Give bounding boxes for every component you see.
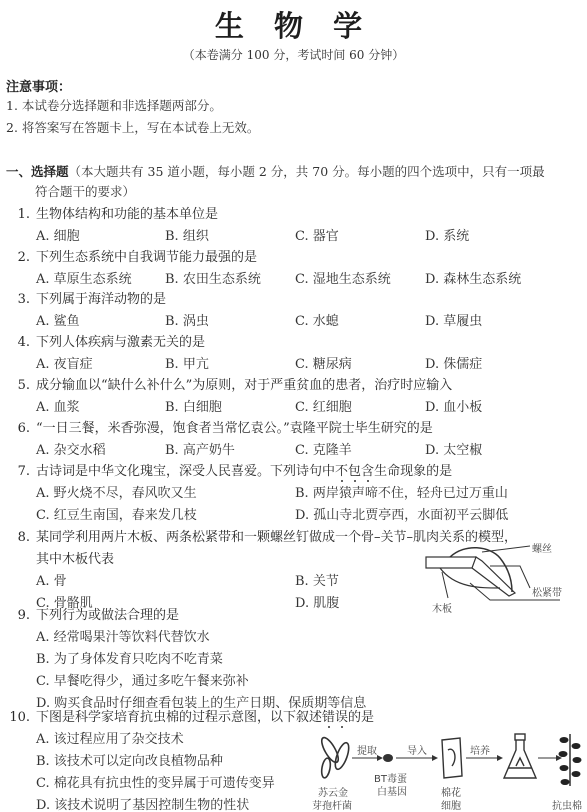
- option: B. 白细胞: [165, 396, 222, 415]
- option: C. 棉花具有抗虫性的变异属于可遗传变异: [36, 772, 275, 791]
- question-stem: 7.古诗词是中华文化瑰宝，深受人民喜爱。下列诗句中不包含生命现象的是: [4, 460, 452, 479]
- option: D. 侏儒症: [425, 353, 482, 372]
- option: B. 涡虫: [165, 310, 209, 329]
- section-instructions-cont: 符合题干的要求）: [35, 182, 135, 200]
- question-stem: 9.下列行为或做法合理的是: [4, 604, 179, 623]
- option: A. 野火烧不尽，春风吹又生: [36, 482, 197, 501]
- option: A. 鲨鱼: [36, 310, 80, 329]
- question-stem: 6.“一日三餐，米香弥漫，饱食者当常忆袁公。”袁隆平院士毕生研究的是: [4, 417, 433, 436]
- option: A. 经常喝果汁等饮料代替饮水: [36, 626, 210, 645]
- question-stem: 5.成分输血以“缺什么补什么”为原则，对于严重贫血的患者，治疗时应输入: [4, 374, 452, 393]
- bt-cotton-process-diagram: 提取 导入 培养 BT毒蛋 白基因 苏云金 芽孢杆菌 棉花 细胞 抗虫棉: [312, 728, 587, 812]
- question-stem: 2.下列生态系统中自我调节能力最强的是: [4, 246, 257, 265]
- option: D. 森林生态系统: [425, 268, 521, 287]
- option: C. 器官: [295, 225, 339, 244]
- option: B. 甲亢: [165, 353, 209, 372]
- option: D. 系统: [425, 225, 469, 244]
- option: B. 关节: [295, 570, 339, 589]
- emphasis-char: 错: [322, 710, 335, 725]
- label-result: 抗虫棉: [552, 797, 582, 812]
- option: D. 太空椒: [425, 439, 482, 458]
- note-item: 2. 将答案写在答题卡上，写在本试卷上无效。: [6, 118, 259, 136]
- option: B. 该技术可以定向改良植物品种: [36, 750, 223, 769]
- option: A. 杂交水稻: [36, 439, 106, 458]
- question-stem: 3.下列属于海洋动物的是: [4, 288, 166, 307]
- bacteria-icon: [319, 735, 352, 778]
- cotton-plant-icon: [559, 734, 581, 786]
- label-elastic: 松紧带: [532, 584, 562, 599]
- label-culture: 培养: [470, 742, 490, 757]
- notes-heading: 注意事项：: [6, 76, 71, 95]
- emphasis-char: 含: [361, 464, 374, 479]
- question-stem: 1.生物体结构和功能的基本单位是: [4, 203, 218, 222]
- option: D. 血小板: [425, 396, 482, 415]
- label-extract: 提取: [357, 742, 377, 757]
- joint-model-diagram: 螺丝 松紧带 木板: [420, 538, 587, 618]
- question-stem: 10.下图是科学家培育抗虫棉的过程示意图，以下叙述错误的是: [4, 706, 374, 725]
- flask-icon: [504, 734, 536, 778]
- label-bacteria-2: 芽孢杆菌: [312, 797, 352, 812]
- exam-title: 生 物 学: [0, 4, 587, 45]
- gene-icon: [383, 754, 393, 762]
- option: B. 农田生态系统: [165, 268, 261, 287]
- option: D. 孤山寺北贾亭西，水面初平云脚低: [295, 504, 508, 523]
- option: C. 克隆羊: [295, 439, 352, 458]
- section-header: 一、选择题（本大题共有 35 道小题，每小题 2 分，共 70 分。每小题的四个…: [6, 162, 545, 180]
- option: A. 细胞: [36, 225, 80, 244]
- label-board: 木板: [432, 600, 452, 615]
- option: A. 夜盲症: [36, 353, 93, 372]
- option: C. 红细胞: [295, 396, 352, 415]
- option: A. 骨: [36, 570, 67, 589]
- emphasis-char: 包: [348, 464, 361, 479]
- option: B. 两岸猿声啼不住，轻舟已过万重山: [295, 482, 508, 501]
- label-cell-2: 细胞: [441, 797, 461, 812]
- option: C. 湿地生态系统: [295, 268, 391, 287]
- option: C. 水螅: [295, 310, 339, 329]
- option: A. 血浆: [36, 396, 80, 415]
- option: B. 组织: [165, 225, 209, 244]
- section-label: 一、选择题: [6, 164, 69, 179]
- plant-cell-icon: [442, 738, 462, 778]
- emphasis-char: 不: [335, 464, 348, 479]
- exam-subtitle: （本卷满分 100 分，考试时间 60 分钟）: [0, 46, 587, 63]
- label-import: 导入: [407, 742, 427, 757]
- option: C. 糖尿病: [295, 353, 352, 372]
- emphasis-char: 误: [335, 710, 348, 725]
- option: A. 该过程应用了杂交技术: [36, 728, 184, 747]
- option: B. 高产奶牛: [165, 439, 235, 458]
- option: C. 红豆生南国，春来发几枝: [36, 504, 197, 523]
- label-screw: 螺丝: [532, 540, 552, 555]
- option: B. 为了身体发育只吃肉不吃青菜: [36, 648, 223, 667]
- option: C. 早餐吃得少，通过多吃午餐来弥补: [36, 670, 249, 689]
- question-stem: 4.下列人体疾病与激素无关的是: [4, 331, 205, 350]
- question-stem-cont: 其中木板代表: [36, 548, 114, 567]
- section-instructions: （本大题共有 35 道小题，每小题 2 分，共 70 分。每小题的四个选项中，只…: [69, 164, 545, 179]
- option: D. 该技术说明了基因控制生物的性状: [36, 794, 249, 812]
- option: D. 草履虫: [425, 310, 482, 329]
- option: A. 草原生态系统: [36, 268, 132, 287]
- label-gene-2: 白基因: [377, 783, 407, 798]
- option: D. 肌腹: [295, 592, 339, 611]
- note-item: 1. 本试卷分选择题和非选择题两部分。: [6, 96, 222, 114]
